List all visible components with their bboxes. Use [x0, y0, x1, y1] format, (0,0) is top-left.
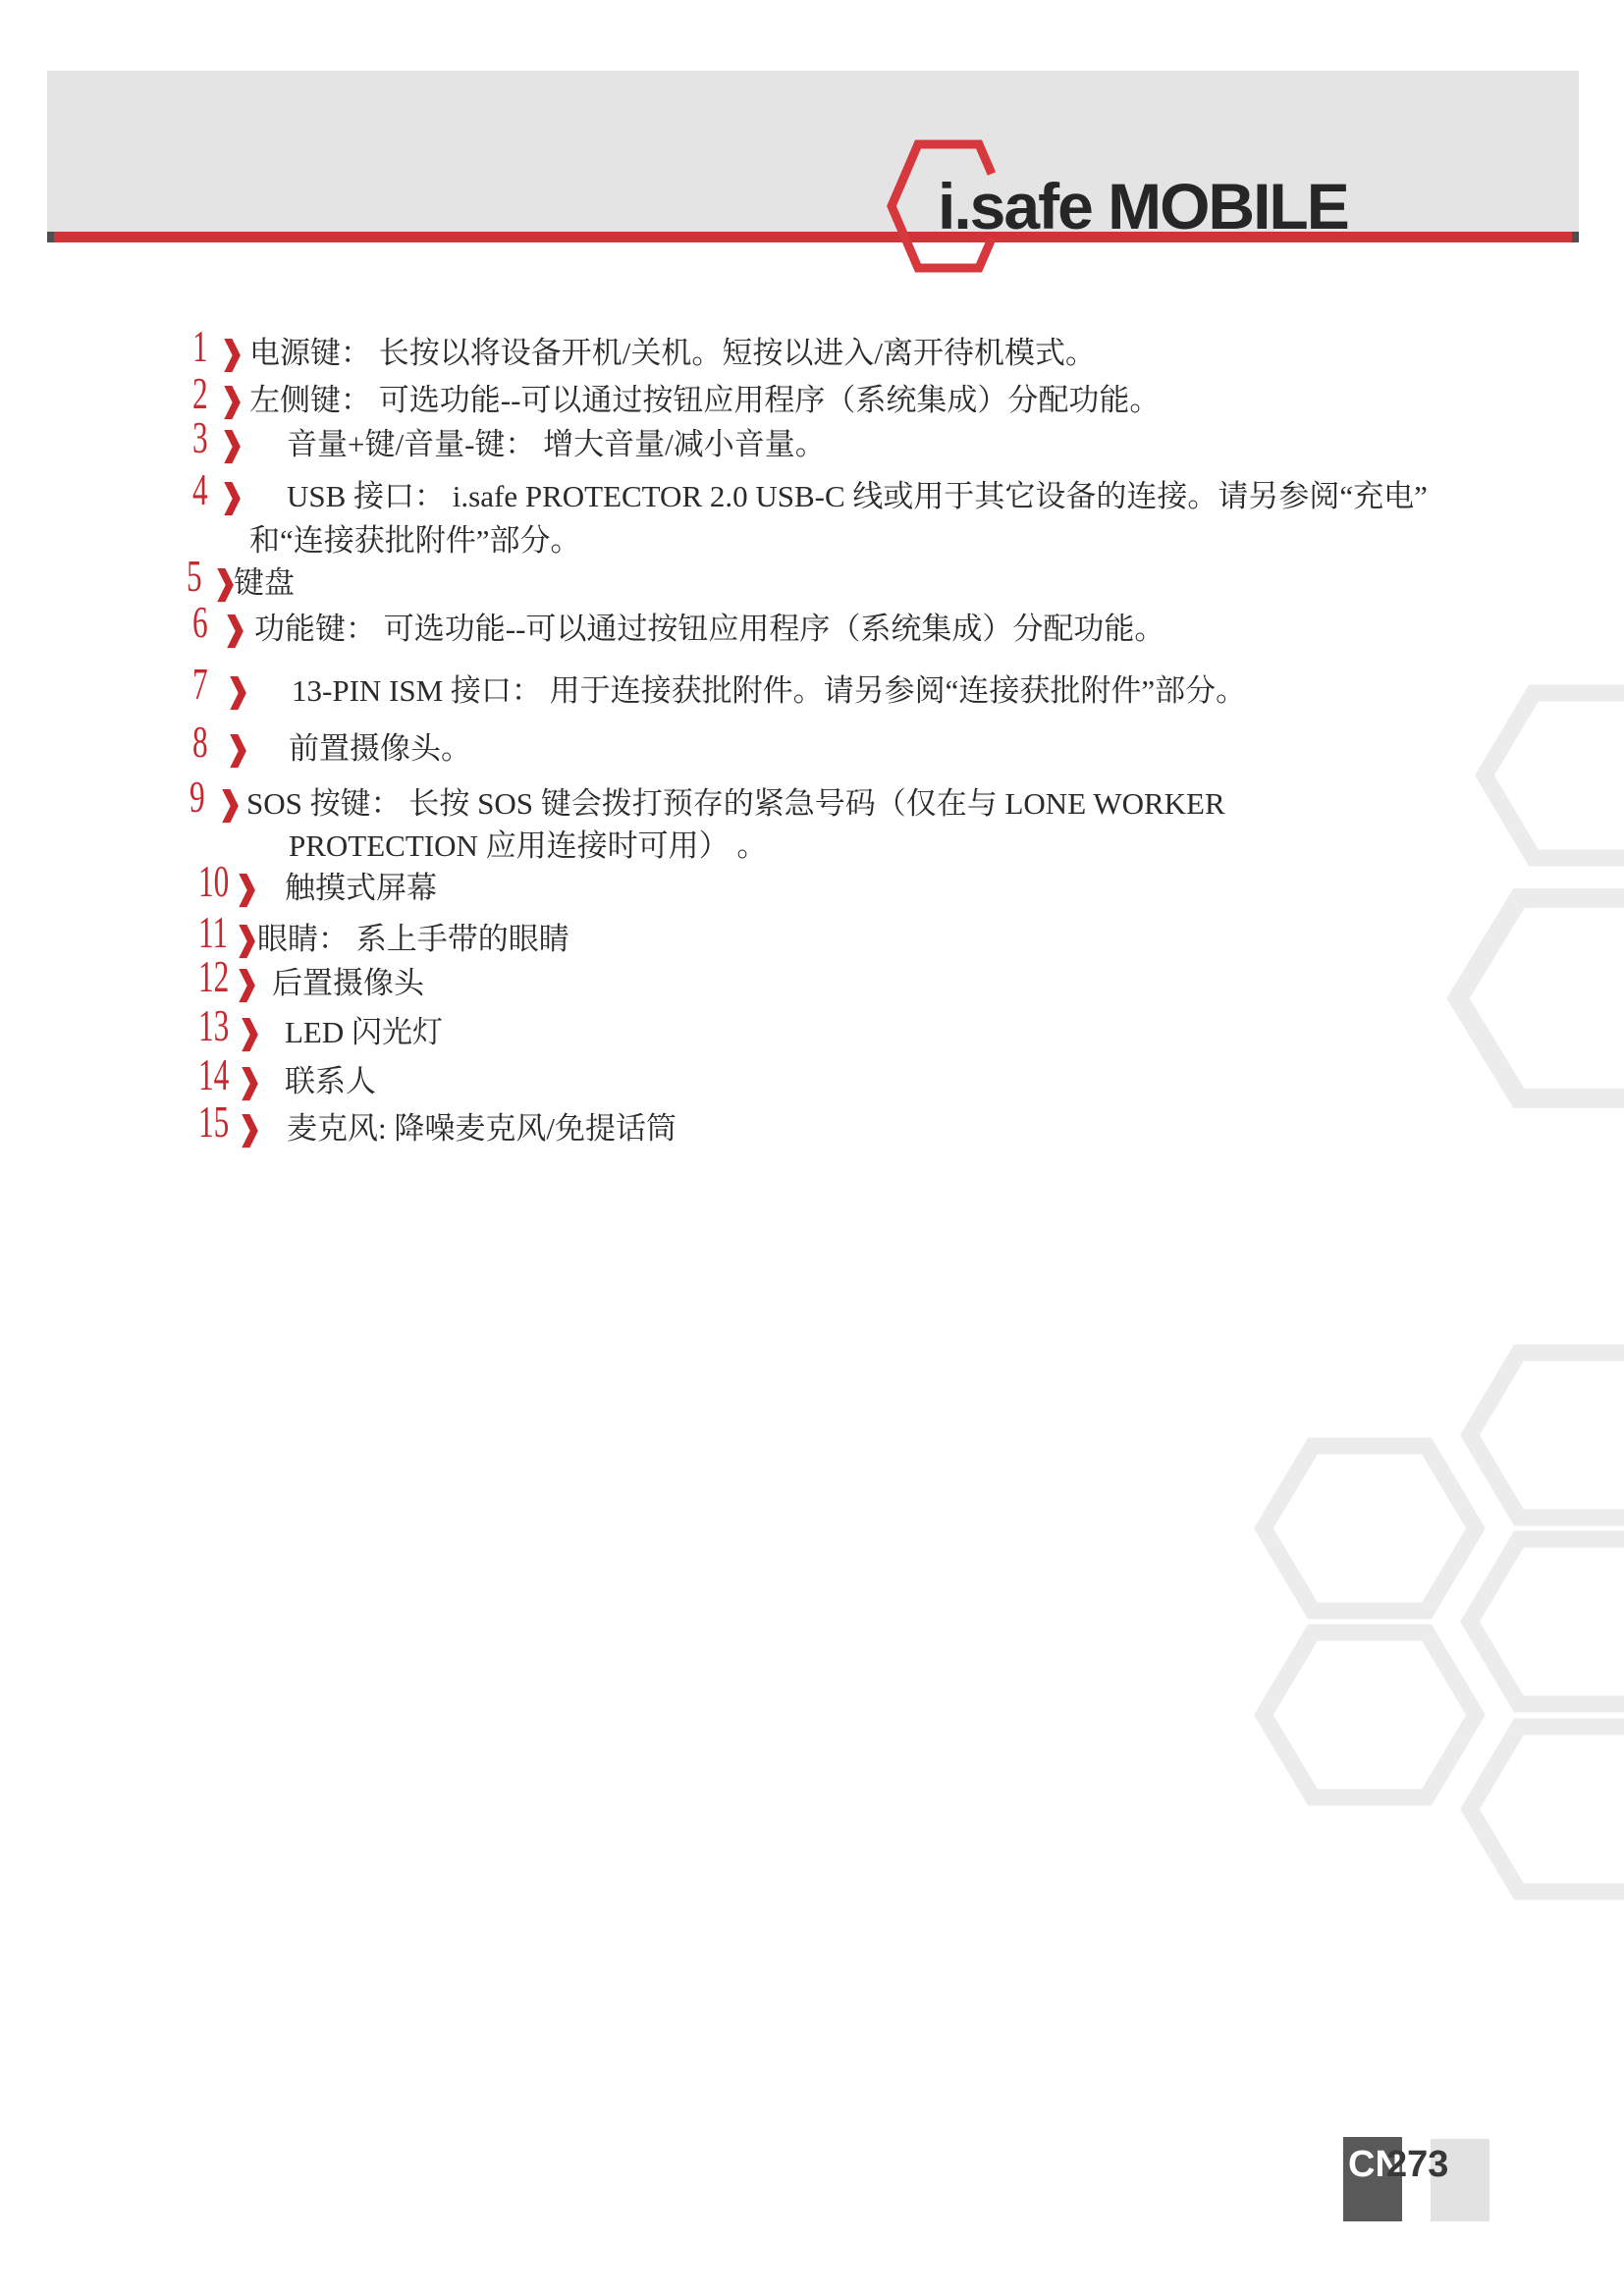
chevron-icon: ❱: [233, 967, 261, 1000]
chevron-icon: ❱: [218, 428, 246, 461]
chevron-icon: ❱: [221, 613, 249, 646]
parts-list: 1 ❱ 电源键： 长按以将设备开机/关机。短按以进入/离开待机模式。 2 ❱ 左…: [0, 0, 1624, 2296]
chevron-icon: ❱: [218, 480, 246, 513]
chevron-icon: ❱: [236, 1112, 264, 1146]
item-text: 左侧键： 可选功能--可以通过按钮应用程序（系统集成）分配功能。: [249, 385, 1160, 417]
item-text: 前置摄像头。: [289, 733, 471, 766]
item-number: 10: [198, 859, 229, 904]
chevron-icon: ❱: [224, 732, 252, 766]
item-number: 3: [192, 415, 208, 460]
item-number: 6: [192, 600, 208, 645]
item-text: 触摸式屏幕: [285, 873, 437, 905]
item-number: 15: [198, 1099, 229, 1145]
item-number: 5: [187, 554, 202, 599]
item-text-continuation: PROTECTION 应用连接时可用） 。: [289, 830, 767, 863]
item-text: 联系人: [285, 1066, 376, 1098]
item-text: 音量+键/音量-键： 增大音量/减小音量。: [287, 429, 826, 461]
item-text: 功能键： 可选功能--可以通过按钮应用程序（系统集成）分配功能。: [254, 614, 1164, 646]
chevron-icon: ❱: [236, 1016, 264, 1049]
chevron-icon: ❱: [216, 787, 244, 821]
item-number: 8: [192, 720, 208, 765]
item-number: 4: [192, 467, 208, 512]
item-number: 9: [189, 774, 205, 820]
item-text: 眼睛： 系上手带的眼睛: [257, 924, 569, 956]
chevron-icon: ❱: [218, 384, 246, 417]
item-number: 12: [198, 954, 229, 999]
item-text: USB 接口： i.safe PROTECTOR 2.0 USB-C 线或用于其…: [287, 481, 1428, 513]
item-text: 麦克风: 降噪麦克风/免提话筒: [287, 1113, 677, 1146]
page-number: 273: [1386, 2146, 1448, 2183]
chevron-icon: ❱: [236, 1065, 264, 1098]
item-text: SOS 按键： 长按 SOS 键会拨打预存的紧急号码（仅在与 LONE WORK…: [246, 788, 1225, 821]
item-text-continuation: 和“连接获批附件”部分。: [249, 525, 581, 558]
manual-page: i.safe MOBILE 1 ❱ 电源键： 长按以将设备开机/关机。短按以进入…: [0, 0, 1624, 2296]
chevron-icon: ❱: [233, 872, 261, 905]
item-text: 后置摄像头: [272, 968, 424, 1000]
item-text: LED 闪光灯: [285, 1017, 443, 1049]
item-text: 电源键： 长按以将设备开机/关机。短按以进入/离开待机模式。: [249, 338, 1096, 370]
item-text: 键盘: [234, 567, 295, 600]
chevron-icon: ❱: [218, 337, 246, 370]
item-text: 13-PIN ISM 接口： 用于连接获批附件。请另参阅“连接获批附件”部分。: [292, 675, 1246, 708]
chevron-icon: ❱: [224, 674, 252, 708]
item-number: 7: [192, 662, 208, 707]
item-number: 2: [192, 371, 208, 416]
item-number: 1: [192, 324, 208, 369]
item-number: 13: [198, 1003, 229, 1048]
item-number: 11: [198, 910, 228, 955]
item-number: 14: [198, 1052, 229, 1097]
